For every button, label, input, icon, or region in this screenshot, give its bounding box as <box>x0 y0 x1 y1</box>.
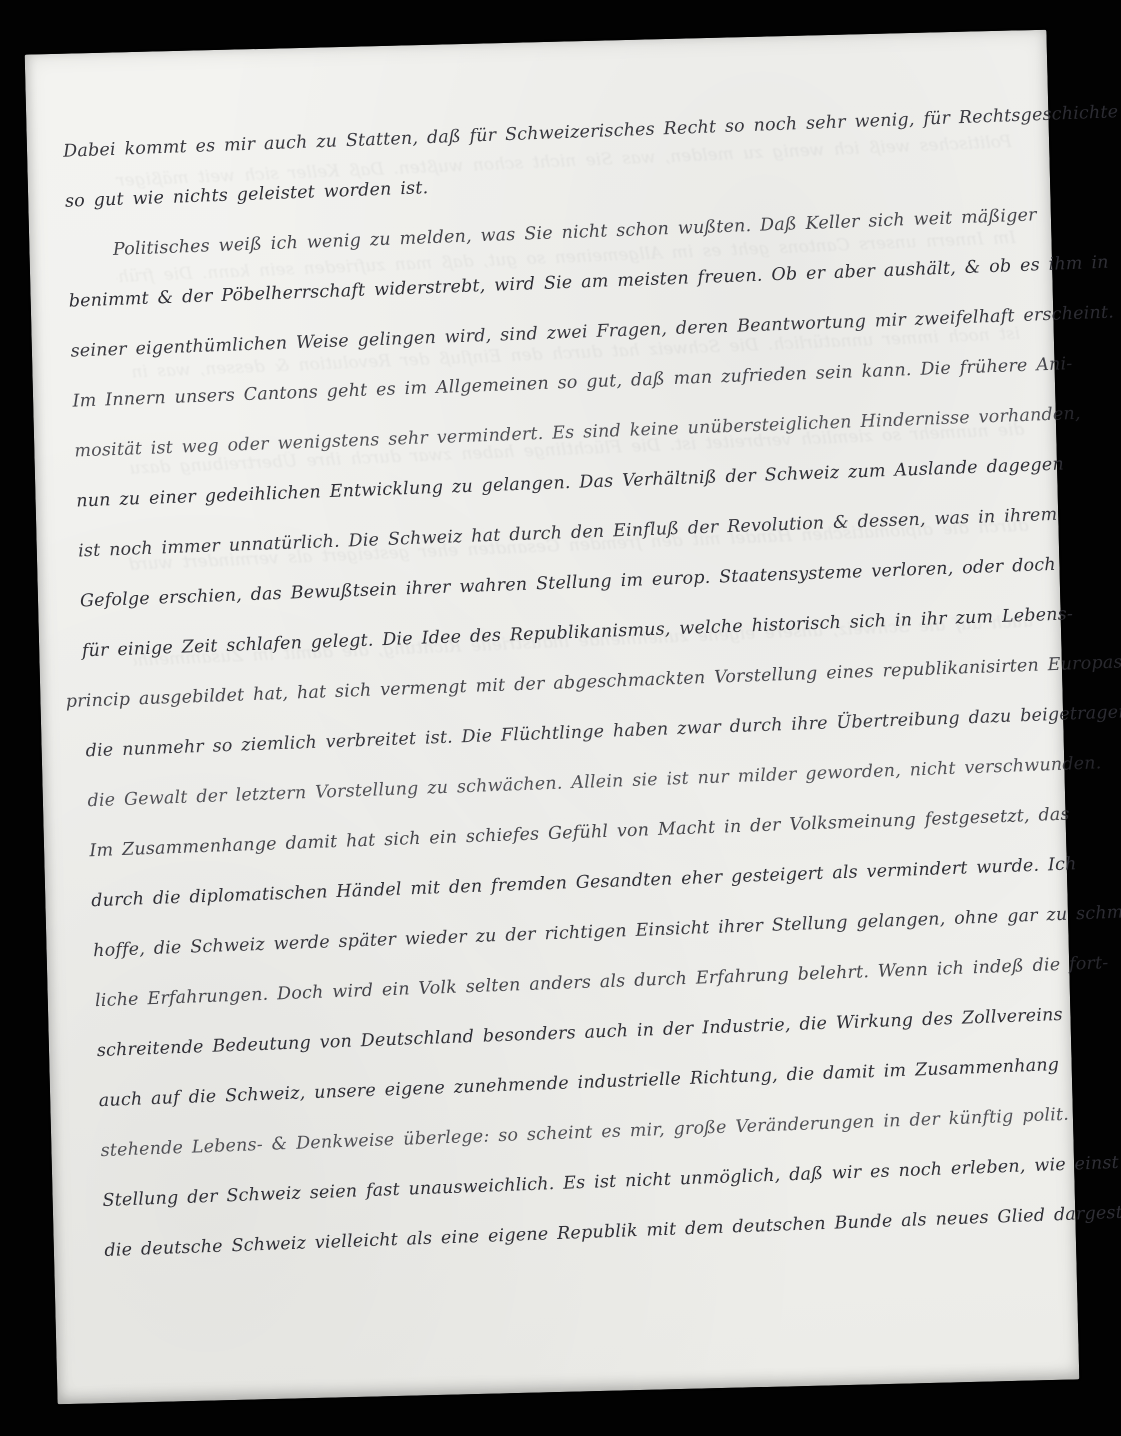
handwritten-text: Dabei kommt es mir auch zu Statten, daß … <box>63 106 1065 1291</box>
manuscript-page: Politisches weiß ich wenig zu melden, wa… <box>25 30 1080 1405</box>
scan-background: Politisches weiß ich wenig zu melden, wa… <box>0 0 1121 1436</box>
